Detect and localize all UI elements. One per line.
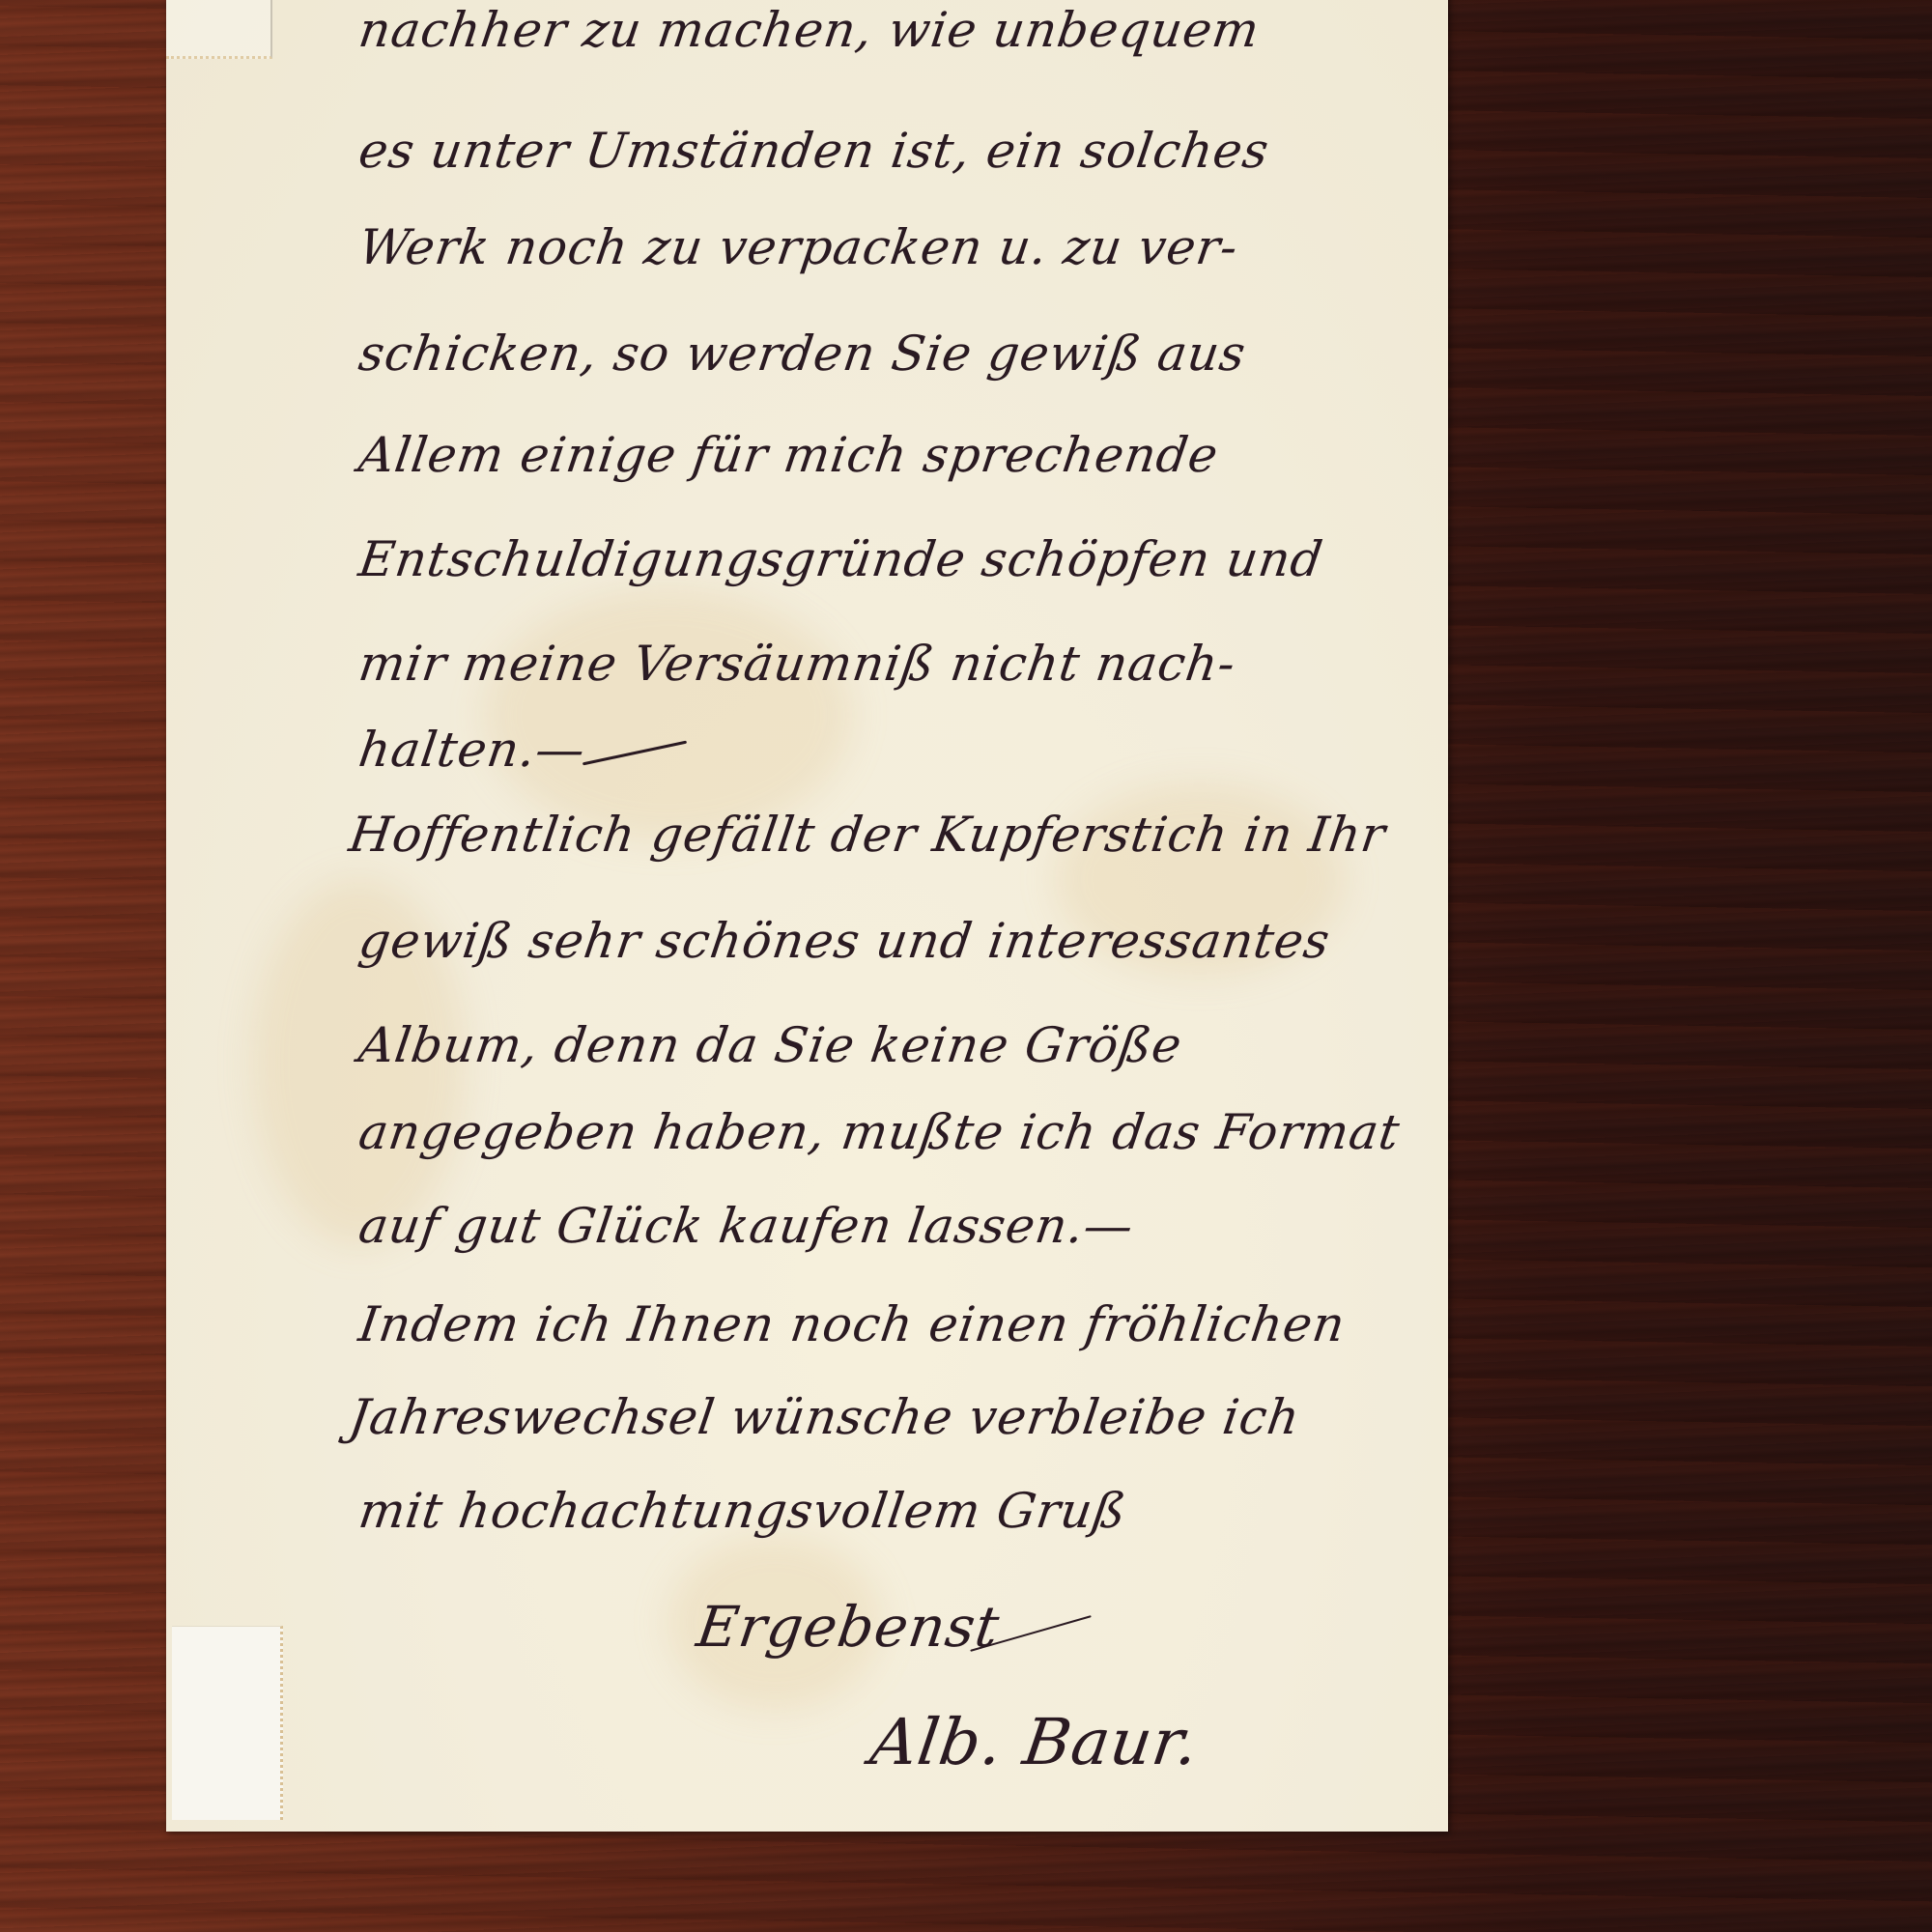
stamp-hinge-top <box>166 0 272 59</box>
stamp-hinge-bottom <box>172 1626 283 1820</box>
letter-line: Werk noch zu verpacken u. zu ver- <box>355 219 1242 275</box>
letter-line: Jahreswechsel wünsche verbleibe ich <box>346 1389 1304 1445</box>
closing-formula: Ergebenst <box>693 1594 1004 1660</box>
letter-line: schicken, so werden Sie gewiß aus <box>355 326 1250 382</box>
letter-line: Hoffentlich gefällt der Kupferstich in I… <box>346 807 1389 863</box>
letter-line: Album, denn da Sie keine Größe <box>355 1017 1185 1073</box>
letter-line: angegeben haben, mußte ich das Format <box>355 1104 1404 1160</box>
letter-line: nachher zu machen, wie unbequem <box>355 2 1264 58</box>
letter-line: es unter Umständen ist, ein solches <box>355 123 1273 179</box>
letter-line: Entschuldigungsgründe schöpfen und <box>355 531 1326 587</box>
letter-line: Indem ich Ihnen noch einen fröhlichen <box>355 1296 1350 1352</box>
letter-line: mir meine Versäumniß nicht nach- <box>355 636 1239 692</box>
letter-line: mit hochachtungsvollem Gruß <box>355 1483 1130 1539</box>
letter-line: halten.— <box>355 722 589 778</box>
letter-line: gewiß sehr schönes und interessantes <box>355 913 1334 969</box>
signature: Alb. Baur. <box>867 1705 1204 1779</box>
paper-stain <box>485 589 852 840</box>
letter-sheet: nachher zu machen, wie unbequem es unter… <box>166 0 1448 1832</box>
letter-line: Allem einige für mich sprechende <box>355 427 1222 483</box>
letter-line: auf gut Glück kaufen lassen.— <box>355 1198 1137 1254</box>
